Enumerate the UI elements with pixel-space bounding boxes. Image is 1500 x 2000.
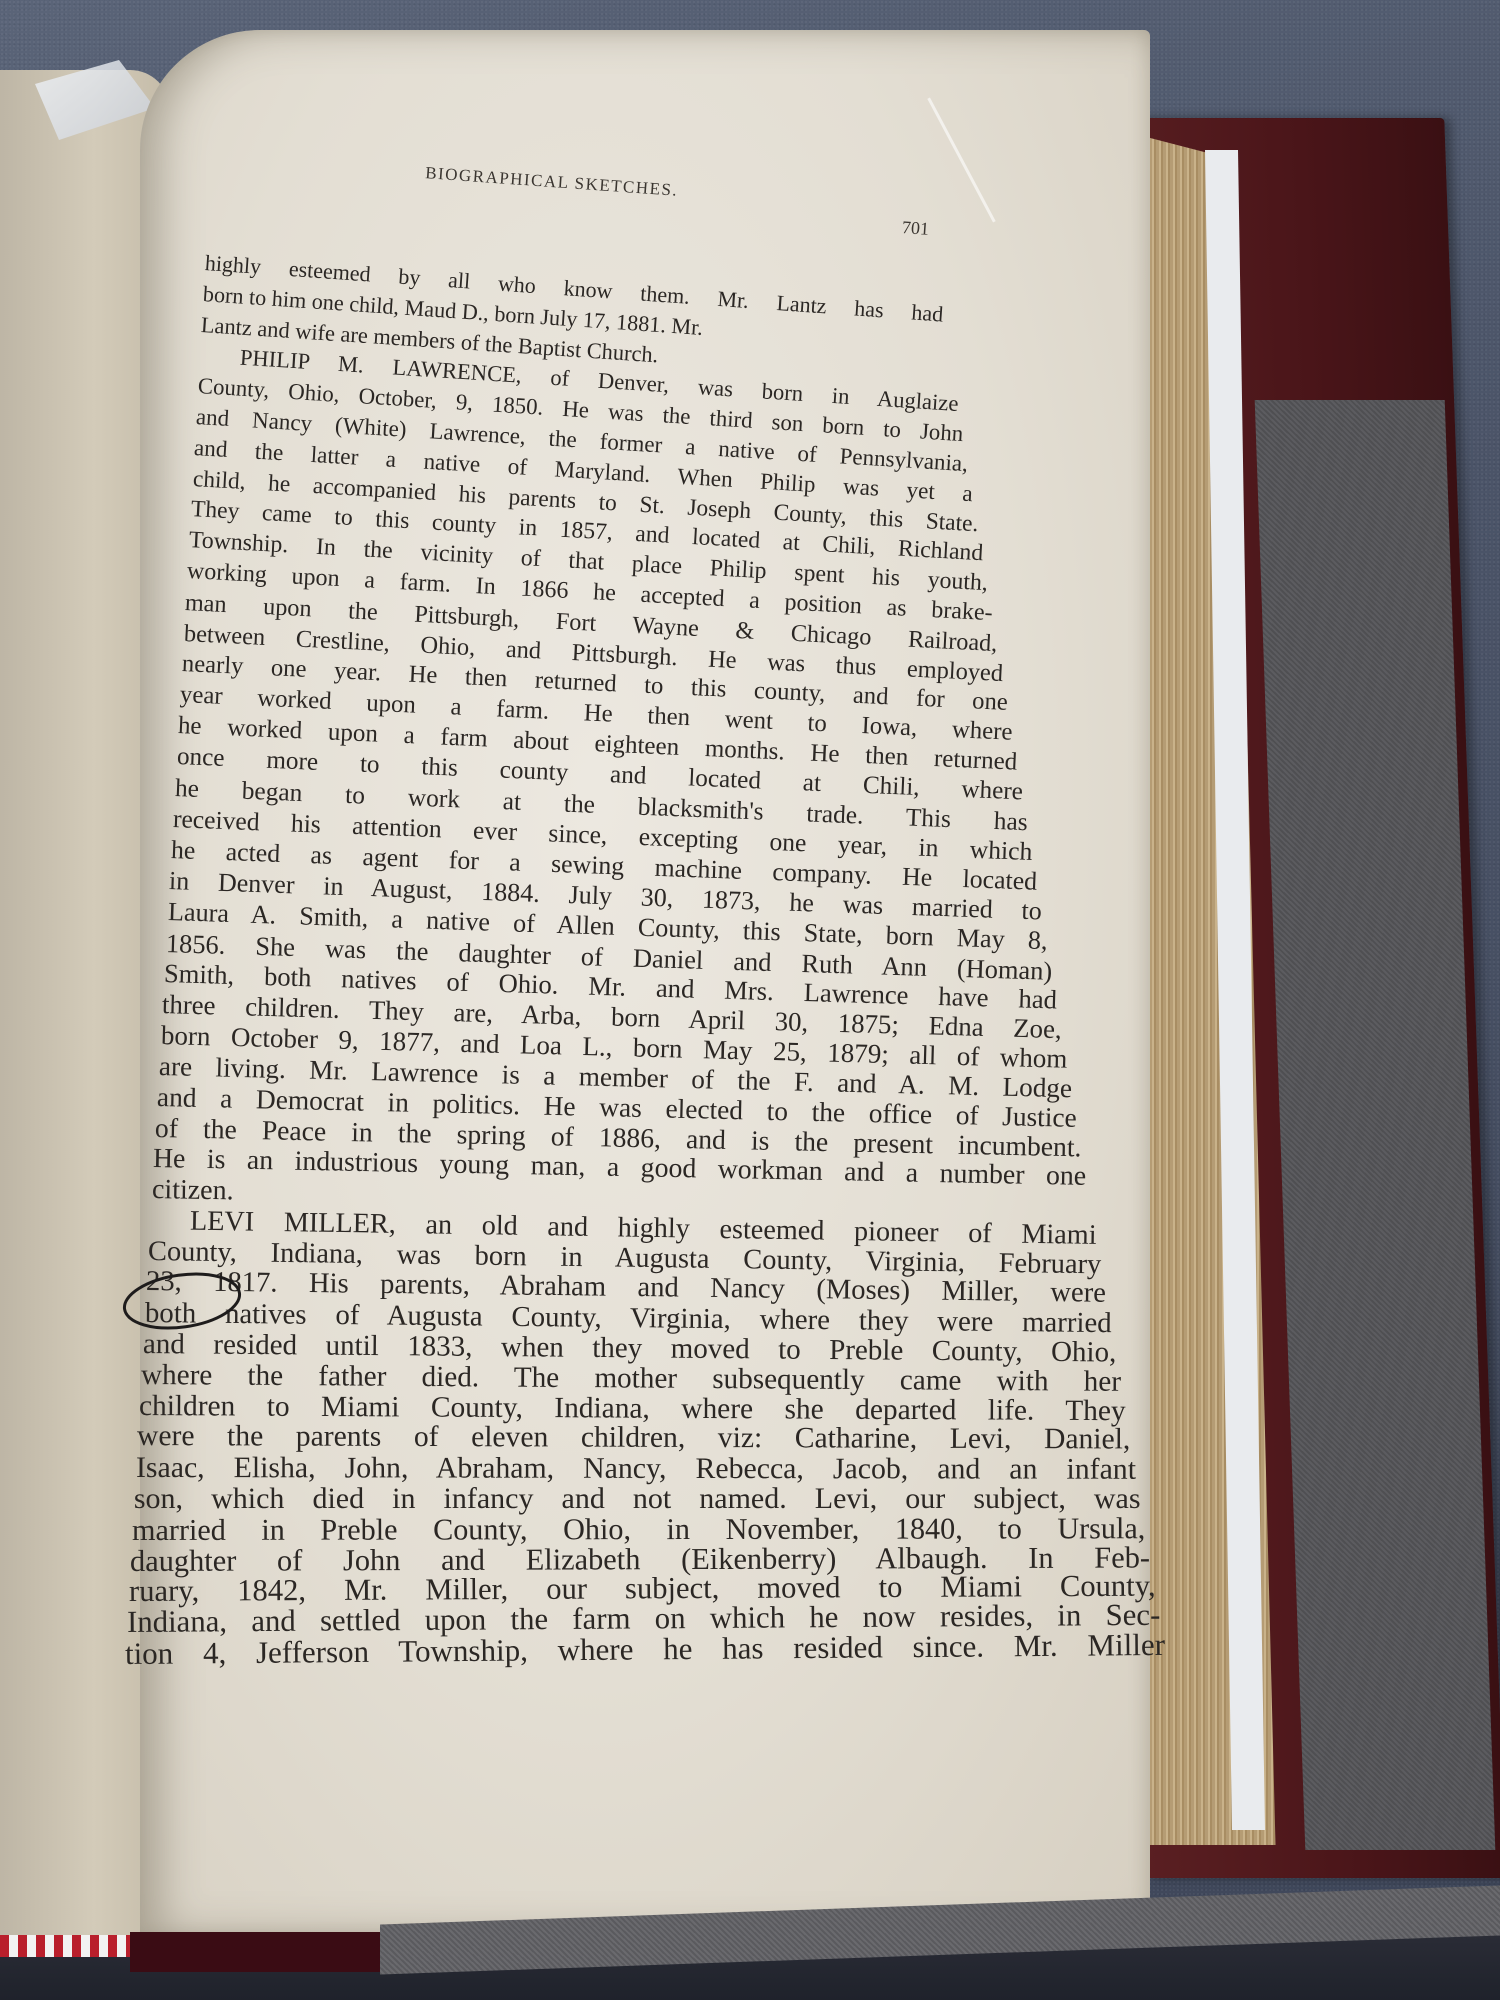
text-line: tion 4, Jefferson Township, where he has… (125, 1627, 1165, 1672)
hand-drawn-circle-annotation (118, 1265, 248, 1335)
page-number: 701 (901, 217, 929, 240)
page-text: BIOGRAPHICAL SKETCHES. 701 highly esteem… (0, 0, 1500, 2000)
running-head: BIOGRAPHICAL SKETCHES. (425, 163, 679, 201)
